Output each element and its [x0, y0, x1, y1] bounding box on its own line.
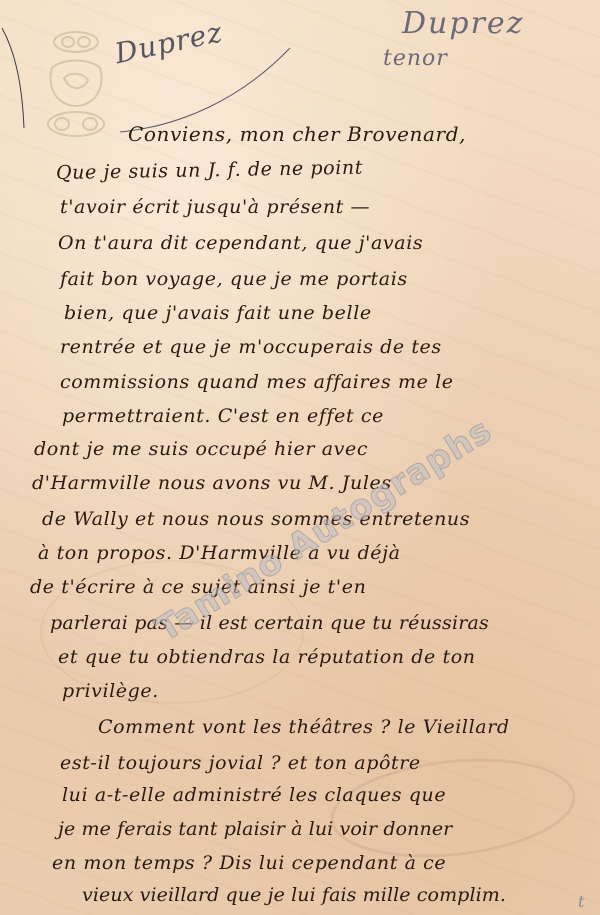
letter-line: privilège.: [62, 680, 159, 702]
letter-line: dont je me suis occupé hier avec: [34, 438, 368, 460]
pencil-corner-mark: t: [578, 892, 584, 911]
letter-line: de Wally et nous nous sommes entretenus: [42, 508, 470, 530]
letter-line: et que tu obtiendras la réputation de to…: [58, 646, 476, 668]
letter-line: à ton propos. D'Harmville a vu déjà: [38, 542, 401, 564]
letter-line: fait bon voyage, que je me portais: [60, 268, 408, 290]
letter-line: je me ferais tant plaisir à lui voir don…: [58, 818, 452, 840]
letter-line: rentrée et que je m'occuperais de tes: [60, 336, 442, 358]
letter-line: d'Harmville nous avons vu M. Jules: [32, 472, 392, 494]
salutation: Conviens, mon cher Brovenard,: [128, 122, 466, 146]
letter-line: en mon temps ? Dis lui cependant à ce: [52, 852, 446, 874]
letter-line: commissions quand mes affaires me le: [60, 371, 454, 393]
letter-line: Que je suis un J. f. de ne point: [56, 157, 363, 184]
letter-body: Conviens, mon cher Brovenard, Que je sui…: [0, 0, 600, 915]
letter-line: parlerai pas — il est certain que tu réu…: [50, 612, 489, 634]
letter-line: On t'aura dit cependant, que j'avais: [58, 232, 423, 254]
letter-line: Comment vont les théâtres ? le Vieillard: [98, 716, 510, 738]
letter-line: t'avoir écrit jusqu'à présent —: [60, 196, 370, 218]
letter-line: vieux vieillard que je lui fais mille co…: [82, 884, 506, 906]
letter-line: bien, que j'avais fait une belle: [64, 302, 372, 324]
letter-line: lui a-t-elle administré les claques que: [62, 784, 446, 806]
letter-line: est-il toujours jovial ? et ton apôtre: [60, 752, 421, 774]
letter-line: permettraient. C'est en effet ce: [62, 405, 384, 427]
letter-page: Duprez Duprez tenor Conviens, mon cher B…: [0, 0, 600, 915]
